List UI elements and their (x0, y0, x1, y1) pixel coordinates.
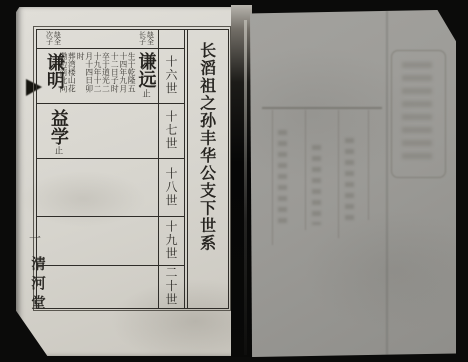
ghost-grid-vline (272, 110, 273, 245)
generation-17-label-cell: 十七世 (158, 104, 184, 158)
person-name: 益学 (49, 109, 69, 145)
table-row-generation-17: 益学止 十七世 (37, 104, 184, 159)
ghost-grid-vline (305, 110, 306, 230)
relation-header-cell: 赽全长子 赽全次子 (37, 30, 158, 48)
ghost-grid-vline (368, 110, 369, 220)
person-entry-qianming: 谦明 (44, 53, 64, 103)
death-detail-text: 卒于道光二十九年十二月十四日卯时 (76, 52, 110, 98)
ghost-text-smudge (345, 138, 354, 226)
lineage-title: 长滔祖之孙丰华公支下世系 (197, 42, 214, 252)
generation-label: 十六世 (165, 55, 177, 96)
table-row-generation-16: 谦远止 生于乾隆五十四年九月十二日子时 卒于道光二十九年十二月十四日卯时 葬湾楼… (37, 49, 184, 104)
generation-17-content-cell: 益学止 (37, 104, 158, 158)
ghost-grid-vline (338, 110, 339, 238)
left-page: 赽全长子 赽全次子 谦远止 生于乾隆五十四年九月十二日子时 (16, 7, 240, 356)
genealogy-book-scan: 赽全长子 赽全次子 谦远止 生于乾隆五十四年九月十二日子时 (0, 0, 468, 362)
relation-header-generation-cell (158, 30, 184, 48)
generation-19-content-cell (37, 217, 158, 265)
ghost-fold-line (386, 10, 388, 357)
relation-label-first-son: 赽全长子 (139, 31, 155, 48)
person-name-column: 谦明 (46, 53, 64, 103)
person-entry-qianyuan: 谦远止 生于乾隆五十四年九月十二日子时 卒于道光二十九年十二月十四日卯时 葬湾楼… (58, 52, 156, 102)
page-margin-strip: 一 清河堂 (22, 229, 42, 346)
page-edge-highlight (244, 20, 247, 355)
ghost-text-smudge (312, 145, 321, 225)
genealogy-table: 赽全长子 赽全次子 谦远止 生于乾隆五十四年九月十二日子时 (33, 26, 231, 311)
line-ended-note: 止 (142, 89, 152, 98)
generation-16-content-cell: 谦远止 生于乾隆五十四年九月十二日子时 卒于道光二十九年十二月十四日卯时 葬湾楼… (37, 49, 158, 103)
birth-detail-text: 生于乾隆五十四年九月十二日子时 (110, 52, 135, 98)
person-name: 谦明 (45, 53, 65, 89)
ghost-bleedthrough-text-smudge (402, 62, 432, 162)
generation-16-label-cell: 十六世 (158, 49, 184, 103)
relation-header-row: 赽全长子 赽全次子 (37, 30, 184, 49)
table-row-generation-19: 十九世 (37, 217, 184, 266)
generation-18-label-cell: 十八世 (158, 159, 184, 216)
line-ended-note: 止 (54, 146, 64, 155)
book-gutter-shadow (231, 5, 252, 357)
hall-name: 清河堂 (27, 256, 48, 346)
generation-label: 十七世 (165, 110, 177, 151)
person-entry-yixue: 益学止 (48, 109, 68, 157)
table-row-generation-18: 十八世 (37, 159, 184, 217)
ghost-grid-hline (262, 107, 382, 109)
person-name-column: 谦远止 (137, 52, 155, 102)
person-name-column: 益学止 (50, 109, 68, 157)
generation-20-label-cell: 二十世 (158, 266, 184, 308)
generation-20-content-cell (37, 266, 158, 308)
page-number: 一 (22, 229, 42, 246)
generation-19-label-cell: 十九世 (158, 217, 184, 265)
generation-label: 二十世 (165, 266, 177, 307)
table-main-column: 赽全长子 赽全次子 谦远止 生于乾隆五十四年九月十二日子时 (37, 30, 184, 308)
right-page-blank (250, 10, 456, 357)
ghost-text-smudge (278, 130, 287, 225)
generation-label: 十八世 (165, 167, 177, 208)
lineage-title-column: 长滔祖之孙丰华公支下世系 (184, 30, 228, 308)
generation-18-content-cell (37, 159, 158, 216)
generation-label: 十九世 (165, 220, 177, 261)
table-row-generation-20: 二十世 (37, 266, 184, 308)
person-name: 谦远 (137, 52, 157, 88)
genealogy-table-frame: 赽全长子 赽全次子 谦远止 生于乾隆五十四年九月十二日子时 (36, 29, 229, 309)
relation-label-second-son: 赽全次子 (46, 31, 62, 48)
